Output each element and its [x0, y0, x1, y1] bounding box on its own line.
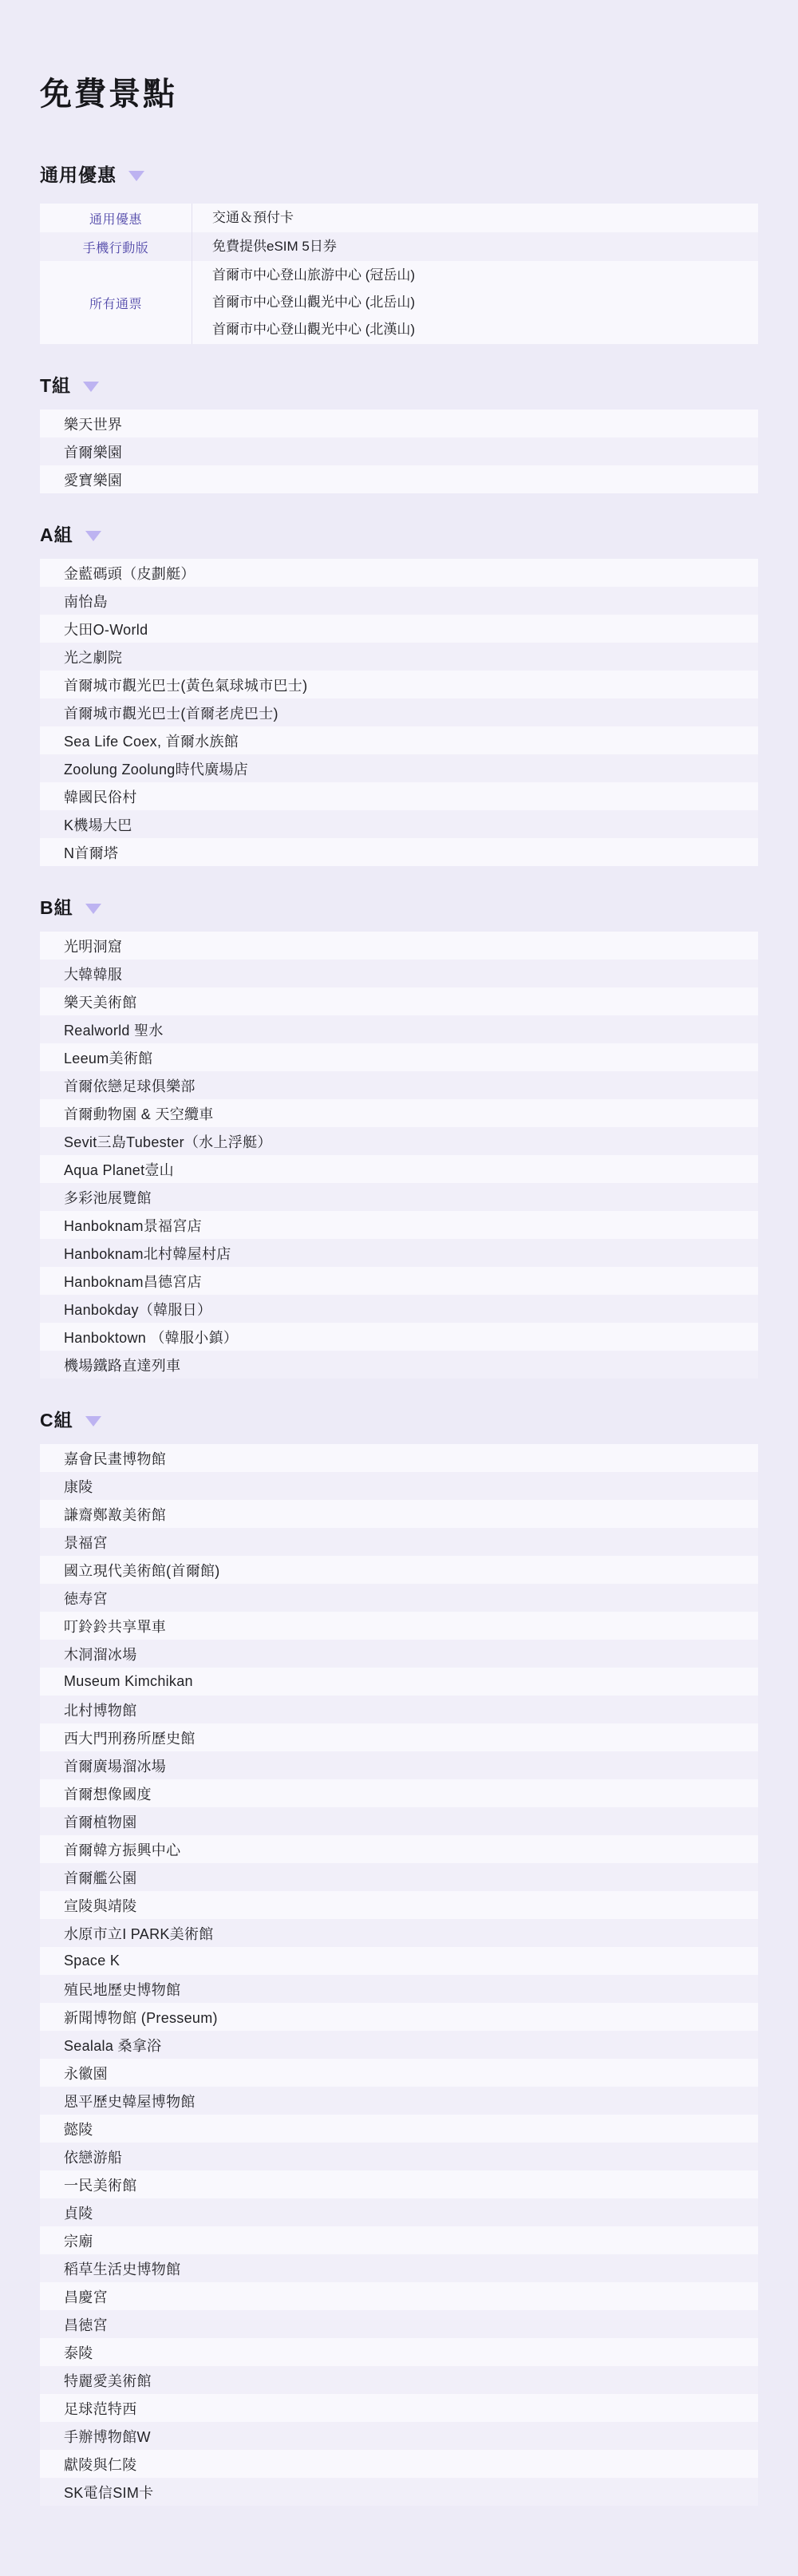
- triangle-down-icon[interactable]: [128, 171, 144, 181]
- list-item: Hanboktown （韓服小鎮）: [40, 1323, 758, 1351]
- section-title-group-b: B組: [40, 896, 73, 919]
- list-item: 貞陵: [40, 2198, 758, 2226]
- triangle-down-icon[interactable]: [85, 531, 101, 541]
- list-item: Aqua Planet壹山: [40, 1155, 758, 1183]
- list-item: 康陵: [40, 1472, 758, 1500]
- group-c-rows: 嘉會民畫博物館康陵謙齋鄭敾美術館景福宮國立現代美術館(首爾館)徳寿宮叮鈴鈴共享單…: [40, 1444, 758, 2506]
- list-item: 新聞博物館 (Presseum): [40, 2003, 758, 2031]
- group-a-rows: 金藍碼頭（皮劃艇）南怡島大田O-World光之劇院首爾城市觀光巴士(黃色氣球城市…: [40, 559, 758, 866]
- list-item: Realworld 聖水: [40, 1015, 758, 1043]
- content-line: 首爾市中心登山觀光中心 (北岳山): [212, 289, 758, 316]
- triangle-down-icon[interactable]: [85, 1416, 101, 1426]
- list-item: 首爾樂園: [40, 437, 758, 465]
- section-title-group-c: C組: [40, 1409, 73, 1431]
- list-item: 北村博物館: [40, 1696, 758, 1723]
- list-item: 首爾艦公園: [40, 1863, 758, 1891]
- row-label: 所有通票: [40, 261, 192, 344]
- section-group-t: T組樂天世界首爾樂園愛寶樂園: [40, 374, 758, 493]
- section-group-a: A組金藍碼頭（皮劃艇）南怡島大田O-World光之劇院首爾城市觀光巴士(黃色氣球…: [40, 524, 758, 866]
- row-content: 免費提供eSIM 5日券: [192, 232, 758, 261]
- list-item: 泰陵: [40, 2338, 758, 2366]
- list-item: 首爾城市觀光巴士(首爾老虎巴士): [40, 698, 758, 726]
- list-item: 金藍碼頭（皮劃艇）: [40, 559, 758, 587]
- section-header-group-c[interactable]: C組: [40, 1409, 758, 1431]
- group-b-rows: 光明洞窟大韓韓服樂天美術館Realworld 聖水Leeum美術館首爾依戀足球俱…: [40, 932, 758, 1379]
- section-general: 通用優惠通用優惠交通＆預付卡手機行動版免費提供eSIM 5日券所有通票首爾市中心…: [40, 164, 758, 344]
- list-item: 徳寿宮: [40, 1584, 758, 1612]
- sections: 通用優惠通用優惠交通＆預付卡手機行動版免費提供eSIM 5日券所有通票首爾市中心…: [40, 164, 758, 2506]
- list-item: 愛寶樂園: [40, 465, 758, 493]
- list-item: 恩平歷史韓屋博物館: [40, 2087, 758, 2115]
- list-item: 手辦博物館W: [40, 2422, 758, 2450]
- list-item: Hanboknam景福宮店: [40, 1211, 758, 1239]
- section-header-group-a[interactable]: A組: [40, 524, 758, 546]
- list-item: 獻陵與仁陵: [40, 2450, 758, 2478]
- section-header-general[interactable]: 通用優惠: [40, 164, 758, 186]
- list-item: 首爾韓方振興中心: [40, 1835, 758, 1863]
- list-item: Sevit三島Tubester（水上浮艇）: [40, 1127, 758, 1155]
- list-item: 昌慶宮: [40, 2282, 758, 2310]
- list-item: 首爾動物園 & 天空纜車: [40, 1099, 758, 1127]
- list-item: 西大門刑務所歷史館: [40, 1723, 758, 1751]
- content-line: 首爾市中心登山觀光中心 (北漢山): [212, 316, 758, 343]
- triangle-down-icon[interactable]: [85, 904, 101, 914]
- table-row: 通用優惠交通＆預付卡: [40, 204, 758, 232]
- list-item: Zoolung Zoolung時代廣場店: [40, 754, 758, 782]
- list-item: 樂天美術館: [40, 987, 758, 1015]
- list-item: 叮鈴鈴共享單車: [40, 1612, 758, 1640]
- row-label: 通用優惠: [40, 204, 192, 232]
- content-line: 免費提供eSIM 5日券: [212, 233, 758, 260]
- row-content: 首爾市中心登山旅游中心 (冠岳山)首爾市中心登山觀光中心 (北岳山)首爾市中心登…: [192, 261, 758, 344]
- list-item: 首爾想像國度: [40, 1779, 758, 1807]
- list-item: 特麗愛美術館: [40, 2366, 758, 2394]
- list-item: 樂天世界: [40, 410, 758, 437]
- list-item: 宗廟: [40, 2226, 758, 2254]
- list-item: 依戀游船: [40, 2143, 758, 2170]
- section-header-group-t[interactable]: T組: [40, 374, 758, 397]
- content-line: 首爾市中心登山旅游中心 (冠岳山): [212, 262, 758, 289]
- list-item: 大田O-World: [40, 615, 758, 643]
- section-group-c: C組嘉會民畫博物館康陵謙齋鄭敾美術館景福宮國立現代美術館(首爾館)徳寿宮叮鈴鈴共…: [40, 1409, 758, 2506]
- page-title: 免費景點: [40, 76, 758, 113]
- list-item: Hanbokday（韓服日）: [40, 1295, 758, 1323]
- content-line: 交通＆預付卡: [212, 204, 758, 231]
- list-item: 多彩池展覽館: [40, 1183, 758, 1211]
- section-group-b: B組光明洞窟大韓韓服樂天美術館Realworld 聖水Leeum美術館首爾依戀足…: [40, 896, 758, 1379]
- list-item: Hanboknam北村韓屋村店: [40, 1239, 758, 1267]
- list-item: Hanboknam昌德宮店: [40, 1267, 758, 1295]
- page: 免費景點 通用優惠通用優惠交通＆預付卡手機行動版免費提供eSIM 5日券所有通票…: [0, 0, 798, 2576]
- list-item: Leeum美術館: [40, 1043, 758, 1071]
- list-item: 昌徳宮: [40, 2310, 758, 2338]
- list-item: 首爾廣場溜冰場: [40, 1751, 758, 1779]
- triangle-down-icon[interactable]: [83, 382, 99, 392]
- section-title-group-t: T組: [40, 374, 71, 397]
- list-item: Sealala 桑拿浴: [40, 2031, 758, 2059]
- list-item: Sea Life Coex, 首爾水族館: [40, 726, 758, 754]
- group-t-rows: 樂天世界首爾樂園愛寶樂園: [40, 410, 758, 493]
- list-item: 木洞溜冰場: [40, 1640, 758, 1668]
- row-content: 交通＆預付卡: [192, 204, 758, 232]
- list-item: 一民美術館: [40, 2170, 758, 2198]
- list-item: 國立現代美術館(首爾館): [40, 1556, 758, 1584]
- list-item: 殖民地歷史博物館: [40, 1975, 758, 2003]
- table-row: 手機行動版免費提供eSIM 5日券: [40, 232, 758, 261]
- list-item: K機場大巴: [40, 810, 758, 838]
- list-item: N首爾塔: [40, 838, 758, 866]
- row-label: 手機行動版: [40, 232, 192, 261]
- list-item: SK電信SIM卡: [40, 2478, 758, 2506]
- list-item: 首爾植物園: [40, 1807, 758, 1835]
- list-item: 嘉會民畫博物館: [40, 1444, 758, 1472]
- list-item: 首爾依戀足球俱樂部: [40, 1071, 758, 1099]
- list-item: 光明洞窟: [40, 932, 758, 960]
- list-item: 宣陵與靖陵: [40, 1891, 758, 1919]
- list-item: 水原市立I PARK美術館: [40, 1919, 758, 1947]
- list-item: 謙齋鄭敾美術館: [40, 1500, 758, 1528]
- list-item: 首爾城市觀光巴士(黃色氣球城市巴士): [40, 671, 758, 698]
- general-rows: 通用優惠交通＆預付卡手機行動版免費提供eSIM 5日券所有通票首爾市中心登山旅游…: [40, 204, 758, 344]
- list-item: 南怡島: [40, 587, 758, 615]
- list-item: Museum Kimchikan: [40, 1668, 758, 1696]
- list-item: 稻草生活史博物館: [40, 2254, 758, 2282]
- list-item: 韓國民俗村: [40, 782, 758, 810]
- list-item: 景福宮: [40, 1528, 758, 1556]
- list-item: 光之劇院: [40, 643, 758, 671]
- section-title-group-a: A組: [40, 524, 73, 546]
- table-row: 所有通票首爾市中心登山旅游中心 (冠岳山)首爾市中心登山觀光中心 (北岳山)首爾…: [40, 261, 758, 344]
- section-title-general: 通用優惠: [40, 164, 117, 186]
- list-item: 懿陵: [40, 2115, 758, 2143]
- list-item: 永徽園: [40, 2059, 758, 2087]
- section-header-group-b[interactable]: B組: [40, 896, 758, 919]
- list-item: Space K: [40, 1947, 758, 1975]
- list-item: 機場鐵路直達列車: [40, 1351, 758, 1379]
- list-item: 足球范特西: [40, 2394, 758, 2422]
- list-item: 大韓韓服: [40, 960, 758, 987]
